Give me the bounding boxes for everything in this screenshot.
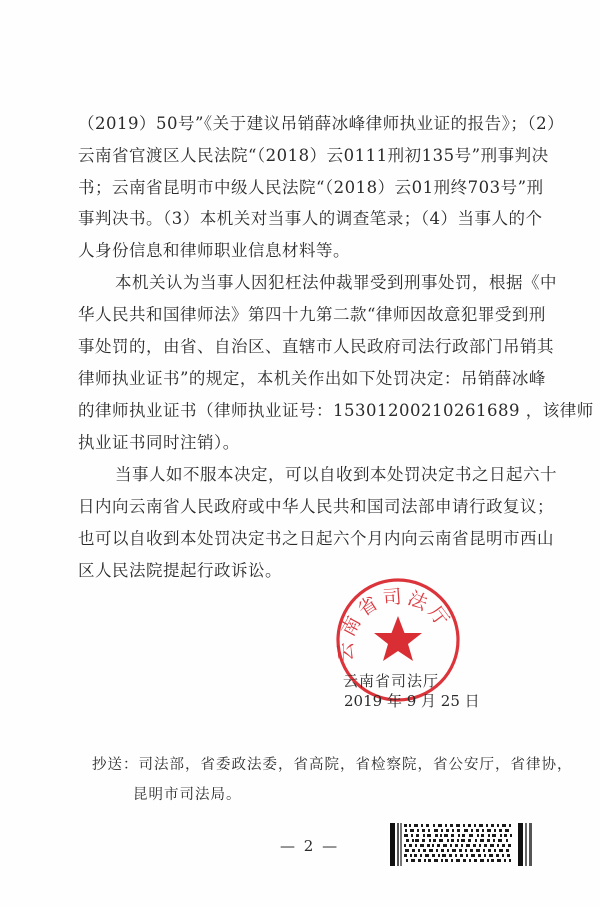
document-page: （2019）50号”《关于建议吊销薛冰峰律师执业证的报告》；（2） 云南省官渡区…	[0, 0, 600, 907]
cc-recipients-1: 司法部，省委政法委，省高院，省检察院，省公安厅，省律协，	[139, 757, 573, 773]
star-icon	[374, 616, 422, 661]
page-number: — 2 —	[280, 836, 339, 856]
body-line-4: 事判决书。（3）本机关对当事人的调查笔录；（4）当事人的个	[78, 208, 530, 230]
issuer-name: 云南省司法厅	[343, 671, 439, 691]
body-line-11: 执业证书同时注销）。	[78, 432, 530, 454]
cc-line-2: 昆明市司法局。	[133, 785, 242, 805]
body-line-8: 事处罚的，由省、自治区、直辖市人民政府司法行政部门吊销其	[78, 336, 530, 358]
body-line-7: 华人民共和国律师法》第四十九第二款“律师因故意犯罪受到刑	[78, 304, 530, 326]
body-line-5: 人身份信息和律师职业信息材料等。	[78, 240, 530, 262]
cc-line-1: 抄送：司法部，省委政法委，省高院，省检察院，省公安厅，省律协，	[92, 755, 573, 775]
cc-label: 抄送：	[92, 757, 139, 773]
body-line-15: 区人民法院提起行政诉讼。	[78, 560, 530, 582]
body-line-3: 书；云南省昆明市中级人民法院“（2018）云01刑终703号”刑	[78, 177, 530, 199]
body-line-13: 日内向云南省人民政府或中华人民共和国司法部申请行政复议；	[78, 496, 530, 518]
body-line-10: 的律师执业证书（律师执业证号：15301200210261689 ，该律师	[78, 400, 530, 422]
body-line-12: 当事人如不服本决定，可以自收到本处罚决定书之日起六十	[115, 464, 530, 486]
body-line-2: 云南省官渡区人民法院“（2018）云0111刑初135号”刑事判决	[78, 145, 530, 167]
body-line-9: 律师执业证书”的规定，本机关作出如下处罚决定：吊销薛冰峰	[78, 368, 530, 390]
pdf417-barcode	[390, 823, 535, 866]
issue-date: 2019 年 9 月 25 日	[344, 691, 480, 711]
body-line-1: （2019）50号”《关于建议吊销薛冰峰律师执业证的报告》；（2）	[78, 113, 530, 135]
body-line-6: 本机关认为当事人因犯枉法仲裁罪受到刑事处罚，根据《中	[115, 272, 530, 294]
body-line-14: 也可以自收到本处罚决定书之日起六个月内向云南省昆明市西山	[78, 528, 530, 550]
